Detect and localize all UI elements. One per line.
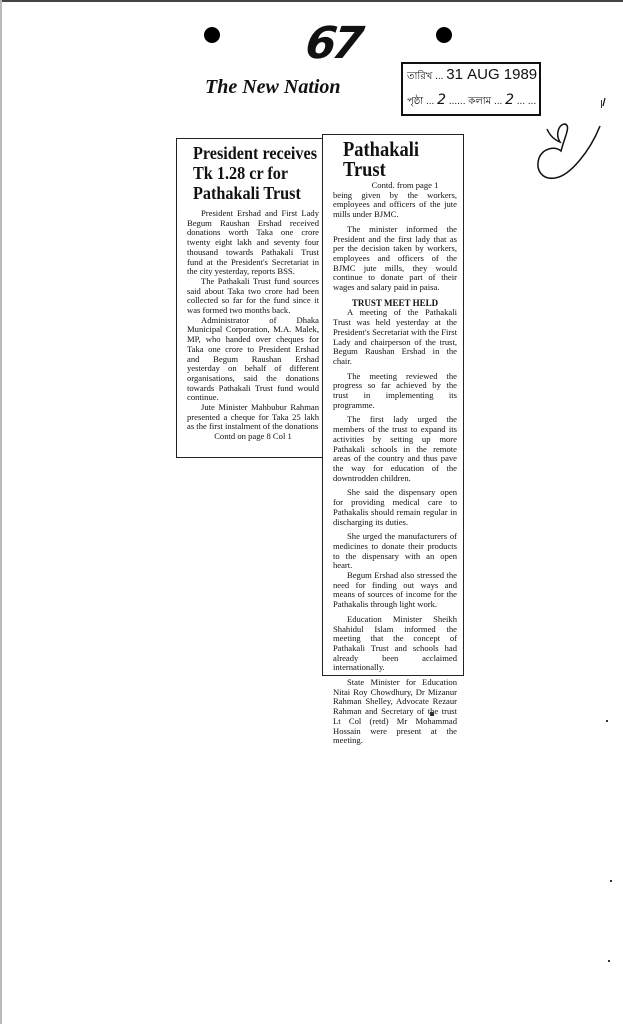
- scan-top-edge: [0, 0, 623, 2]
- article-headline: President receives Tk 1.28 cr for Pathak…: [193, 143, 328, 203]
- headline-line: President receives: [193, 143, 328, 163]
- signature-icon: [525, 96, 620, 186]
- article-paragraph: President Ershad and First Lady Begum Ra…: [187, 209, 319, 277]
- news-clipping-front-page: President receives Tk 1.28 cr for Pathak…: [176, 138, 326, 458]
- stamp-page-label: পৃষ্ঠা: [407, 96, 423, 107]
- article-paragraph: She said the dispensary open for providi…: [333, 488, 457, 527]
- headline-line: Pathakali Trust: [193, 183, 328, 203]
- headline-line: Tk 1.28 cr for: [193, 163, 328, 183]
- stamp-date-label: তারিখ: [407, 71, 432, 82]
- scan-speck: [606, 720, 608, 722]
- article-paragraph: being given by the workers, employees an…: [333, 191, 457, 220]
- article-paragraph: A meeting of the Pathakali Trust was hel…: [333, 308, 457, 366]
- news-clipping-jump-page: Pathakali Trust Contd. from page 1 being…: [322, 134, 464, 676]
- scan-speck: [601, 100, 602, 108]
- archive-date-stamp: তারিখ ... 31 AUG 1989 পৃষ্ঠা ... 2 .....…: [401, 62, 541, 116]
- article-paragraph: Administrator of Dhaka Municipal Corpora…: [187, 316, 319, 403]
- article-paragraph: Begum Ershad also stressed the need for …: [333, 571, 457, 610]
- continued-note: Contd on page 8 Col 1: [187, 432, 319, 442]
- article-paragraph: The Pathakali Trust fund sources said ab…: [187, 277, 319, 316]
- scan-left-edge: [0, 0, 2, 1024]
- punch-hole-icon: [204, 27, 220, 43]
- article-headline: Pathakali Trust: [343, 139, 449, 179]
- stamp-page-value: 2: [437, 92, 446, 108]
- newspaper-masthead: The New Nation: [205, 76, 341, 99]
- article-paragraph: She urged the manufacturers of medicines…: [333, 532, 457, 571]
- article-paragraph: Education Minister Sheikh Shahidul Islam…: [333, 615, 457, 673]
- scan-speck: [430, 712, 434, 716]
- article-paragraph: The minister informed the President and …: [333, 225, 457, 293]
- article-paragraph: The first lady urged the members of the …: [333, 415, 457, 483]
- stamp-page-row: পৃষ্ঠা ... 2 ...... কলাম ... 2 ... ...: [407, 92, 536, 111]
- stamp-column-value: 2: [505, 92, 514, 108]
- scan-speck: [610, 880, 612, 882]
- article-body: Contd. from page 1 being given by the wo…: [323, 181, 463, 746]
- article-body: President Ershad and First Lady Begum Ra…: [177, 209, 325, 442]
- stamp-column-label: কলাম: [468, 96, 491, 107]
- article-paragraph: The meeting reviewed the progress so far…: [333, 372, 457, 411]
- stamp-date-row: তারিখ ... 31 AUG 1989: [407, 66, 537, 86]
- article-paragraph: State Minister for Education Nitai Roy C…: [333, 678, 457, 746]
- article-paragraph: Jute Minister Mahbubur Rahman presented …: [187, 403, 319, 432]
- punch-hole-icon: [436, 27, 452, 43]
- handwritten-page-number: 67: [302, 18, 362, 69]
- scan-speck: [608, 960, 610, 962]
- stamp-date-value: 31 AUG 1989: [446, 66, 537, 83]
